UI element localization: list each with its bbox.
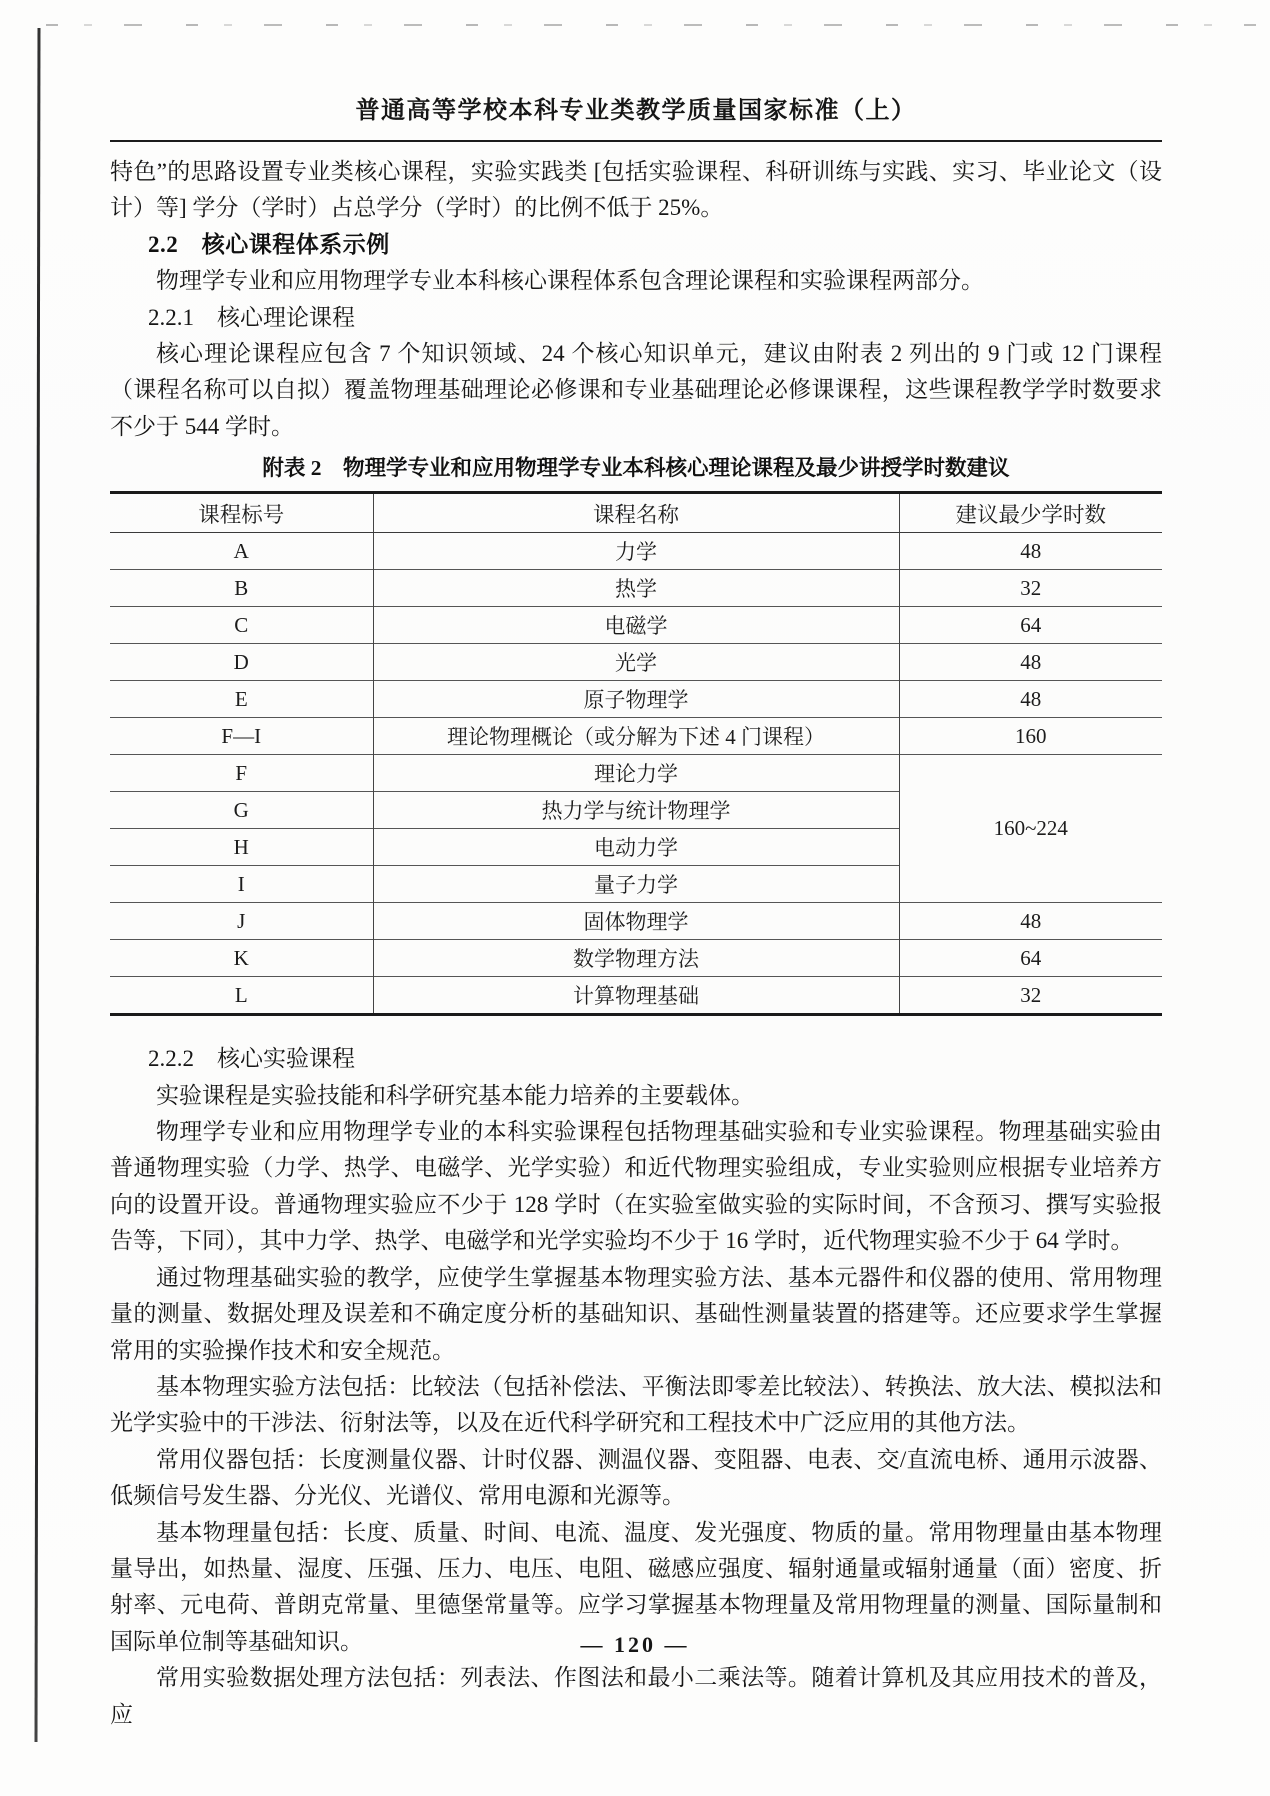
course-name-cell: 光学 bbox=[373, 644, 899, 681]
table-row: D 光学 48 bbox=[110, 644, 1162, 681]
core-theory-course-table: 课程标号 课程名称 建议最少学时数 A 力学 48 B 热学 32 C bbox=[110, 491, 1162, 1016]
course-hours-cell: 48 bbox=[899, 644, 1162, 681]
scan-noise-line bbox=[46, 24, 1256, 26]
course-name-cell: 力学 bbox=[373, 533, 899, 570]
course-hours-cell: 160 bbox=[899, 718, 1162, 755]
paragraph-experiment-2: 通过物理基础实验的教学，应使学生掌握基本物理实验方法、基本元器件和仪器的使用、常… bbox=[110, 1260, 1162, 1369]
paragraph-experiment-1: 物理学专业和应用物理学专业的本科实验课程包括物理基础实验和专业实验课程。物理基础… bbox=[110, 1114, 1162, 1260]
course-hours-cell: 48 bbox=[899, 533, 1162, 570]
header-course-hours: 建议最少学时数 bbox=[899, 493, 1162, 533]
course-name-cell: 量子力学 bbox=[373, 866, 899, 903]
course-name-cell: 热学 bbox=[373, 570, 899, 607]
table-row: C 电磁学 64 bbox=[110, 607, 1162, 644]
course-hours-cell: 64 bbox=[899, 607, 1162, 644]
course-hours-cell: 64 bbox=[899, 940, 1162, 977]
course-code-cell: F—I bbox=[110, 718, 373, 755]
table-row: L 计算物理基础 32 bbox=[110, 977, 1162, 1015]
course-hours-cell: 48 bbox=[899, 681, 1162, 718]
course-code-cell: D bbox=[110, 644, 373, 681]
course-name-cell: 热力学与统计物理学 bbox=[373, 792, 899, 829]
section-heading-2-2-2: 2.2.2 核心实验课程 bbox=[110, 1041, 1162, 1077]
course-hours-cell: 32 bbox=[899, 570, 1162, 607]
course-name-cell: 数学物理方法 bbox=[373, 940, 899, 977]
table-row: F 理论力学 160~224 bbox=[110, 755, 1162, 792]
table-row: A 力学 48 bbox=[110, 533, 1162, 570]
section-heading-2-2-1: 2.2.1 核心理论课程 bbox=[110, 300, 1162, 336]
paragraph-continued: 特色”的思路设置专业类核心课程，实验实践类 [包括实验课程、科研训练与实践、实习… bbox=[110, 154, 1162, 227]
course-code-cell: A bbox=[110, 533, 373, 570]
table-row: F—I 理论物理概论（或分解为下述 4 门课程） 160 bbox=[110, 718, 1162, 755]
paragraph-experiment-6: 常用实验数据处理方法包括：列表法、作图法和最小二乘法等。随着计算机及其应用技术的… bbox=[110, 1660, 1162, 1733]
course-code-cell: G bbox=[110, 792, 373, 829]
course-hours-cell: 48 bbox=[899, 903, 1162, 940]
header-course-name: 课程名称 bbox=[373, 493, 899, 533]
course-name-cell: 电磁学 bbox=[373, 607, 899, 644]
header-course-code: 课程标号 bbox=[110, 493, 373, 533]
course-code-cell: B bbox=[110, 570, 373, 607]
paragraph-experiment-4: 常用仪器包括：长度测量仪器、计时仪器、测温仪器、变阻器、电表、交/直流电桥、通用… bbox=[110, 1442, 1162, 1515]
course-code-cell: E bbox=[110, 681, 373, 718]
course-code-cell: C bbox=[110, 607, 373, 644]
table-row: E 原子物理学 48 bbox=[110, 681, 1162, 718]
course-name-cell: 理论力学 bbox=[373, 755, 899, 792]
course-name-cell: 理论物理概论（或分解为下述 4 门课程） bbox=[373, 718, 899, 755]
course-name-cell: 计算物理基础 bbox=[373, 977, 899, 1015]
course-hours-merged-cell: 160~224 bbox=[899, 755, 1162, 903]
header-rule bbox=[110, 140, 1162, 142]
section-heading-2-2: 2.2 核心课程体系示例 bbox=[110, 227, 1162, 263]
table-row: K 数学物理方法 64 bbox=[110, 940, 1162, 977]
paragraph-2-2: 物理学专业和应用物理学专业本科核心课程体系包含理论课程和实验课程两部分。 bbox=[110, 263, 1162, 299]
course-code-cell: F bbox=[110, 755, 373, 792]
paragraph-experiment-0: 实验课程是实验技能和科学研究基本能力培养的主要载体。 bbox=[110, 1078, 1162, 1114]
scan-edge-artifact bbox=[35, 28, 40, 1742]
course-code-cell: J bbox=[110, 903, 373, 940]
course-code-cell: K bbox=[110, 940, 373, 977]
table-row: B 热学 32 bbox=[110, 570, 1162, 607]
course-name-cell: 固体物理学 bbox=[373, 903, 899, 940]
course-code-cell: I bbox=[110, 866, 373, 903]
course-name-cell: 原子物理学 bbox=[373, 681, 899, 718]
course-name-cell: 电动力学 bbox=[373, 829, 899, 866]
course-code-cell: L bbox=[110, 977, 373, 1015]
paragraph-experiment-3: 基本物理实验方法包括：比较法（包括补偿法、平衡法即零差比较法）、转换法、放大法、… bbox=[110, 1369, 1162, 1442]
page-content: 普通高等学校本科专业类教学质量国家标准（上） 特色”的思路设置专业类核心课程，实… bbox=[110, 96, 1162, 1733]
course-code-cell: H bbox=[110, 829, 373, 866]
scanned-document-page: 普通高等学校本科专业类教学质量国家标准（上） 特色”的思路设置专业类核心课程，实… bbox=[0, 0, 1270, 1796]
page-number: — 120 — bbox=[0, 1632, 1270, 1658]
paragraph-2-2-1: 核心理论课程应包含 7 个知识领域、24 个核心知识单元，建议由附表 2 列出的… bbox=[110, 336, 1162, 445]
table-caption: 附表 2 物理学专业和应用物理学专业本科核心理论课程及最少讲授学时数建议 bbox=[110, 452, 1162, 484]
running-header-title: 普通高等学校本科专业类教学质量国家标准（上） bbox=[110, 96, 1162, 126]
course-hours-cell: 32 bbox=[899, 977, 1162, 1015]
table-row: J 固体物理学 48 bbox=[110, 903, 1162, 940]
table-header-row: 课程标号 课程名称 建议最少学时数 bbox=[110, 493, 1162, 533]
